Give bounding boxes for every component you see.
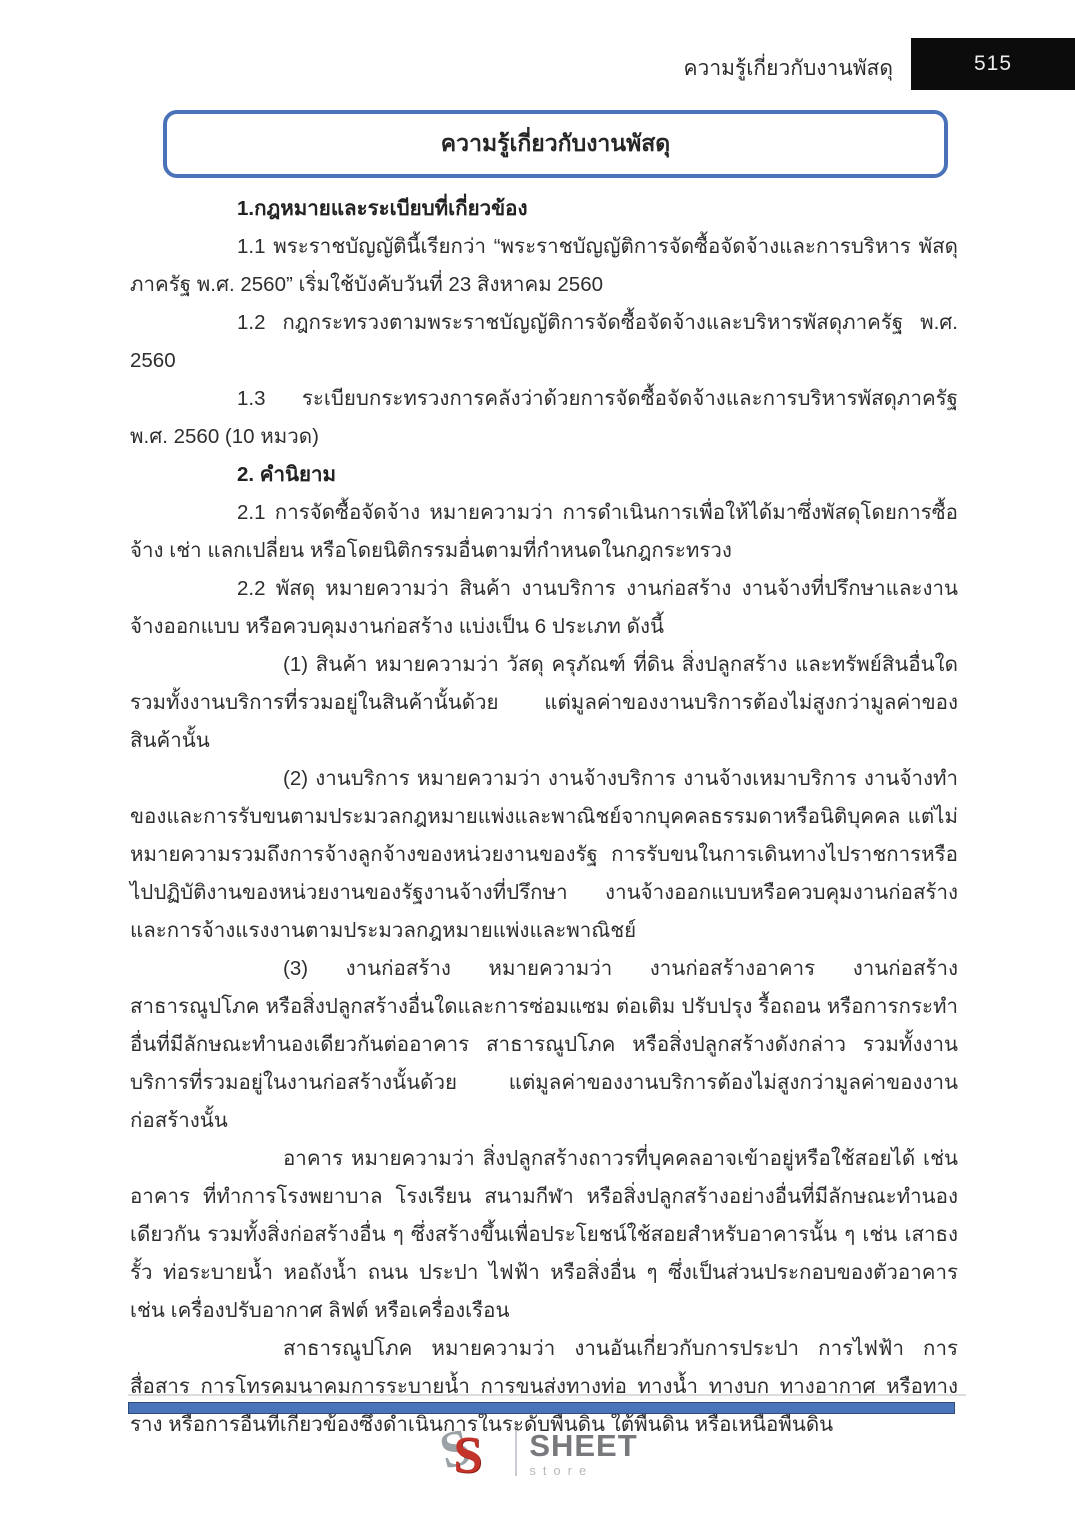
paragraph: (2) งานบริการ หมายความว่า งานจ้างบริการ … <box>130 760 958 950</box>
document-body: 1.กฎหมายและระเบียบที่เกี่ยวข้อง1.1 พระรา… <box>130 190 958 1444</box>
running-header-title: ความรู้เกี่ยวกับงานพัสดุ <box>684 52 894 85</box>
paragraph: 2.1 การจัดซื้อจัดจ้าง หมายความว่า การดำเ… <box>130 494 958 570</box>
footer-divider-accent <box>128 1402 955 1414</box>
page-number: 515 <box>974 52 1012 76</box>
paragraph: 1.1 พระราชบัญญัตินี้เรียกว่า “พระราชบัญญ… <box>130 228 958 304</box>
logo-subtitle: store <box>529 1464 637 1477</box>
paragraph: (1) สินค้า หมายความว่า วัสดุ ครุภัณฑ์ ที… <box>130 646 958 760</box>
logo-s-front-glyph: S <box>453 1430 482 1482</box>
logo-text-column: SHEET store <box>529 1430 637 1477</box>
paragraph: 1.3 ระเบียบกระทรวงการคลังว่าด้วยการจัดซื… <box>130 380 958 456</box>
paragraph: 1.กฎหมายและระเบียบที่เกี่ยวข้อง <box>130 190 958 228</box>
sheet-store-logo: S S SHEET store <box>437 1422 637 1484</box>
footer: S S SHEET store <box>0 1422 1075 1484</box>
paragraph: 2. คำนิยาม <box>130 456 958 494</box>
chapter-title: ความรู้เกี่ยวกับงานพัสดุ <box>441 126 670 162</box>
paragraph: 1.2 กฎกระทรวงตามพระราชบัญญัติการจัดซื้อจ… <box>130 304 958 380</box>
sheet-logo-icon: S S <box>437 1422 503 1484</box>
page-number-badge: 515 <box>911 38 1075 90</box>
paragraph: 2.2 พัสดุ หมายความว่า สินค้า งานบริการ ง… <box>130 570 958 646</box>
logo-name: SHEET <box>529 1430 637 1461</box>
chapter-title-box: ความรู้เกี่ยวกับงานพัสดุ <box>163 110 948 178</box>
logo-divider <box>515 1430 517 1476</box>
paragraph: อาคาร หมายความว่า สิ่งปลูกสร้างถาวรที่บุ… <box>130 1140 958 1330</box>
footer-divider-light <box>128 1394 966 1396</box>
paragraph: (3) งานก่อสร้าง หมายความว่า งานก่อสร้างอ… <box>130 950 958 1140</box>
document-page: ความรู้เกี่ยวกับงานพัสดุ 515 ความรู้เกี่… <box>0 0 1075 1521</box>
